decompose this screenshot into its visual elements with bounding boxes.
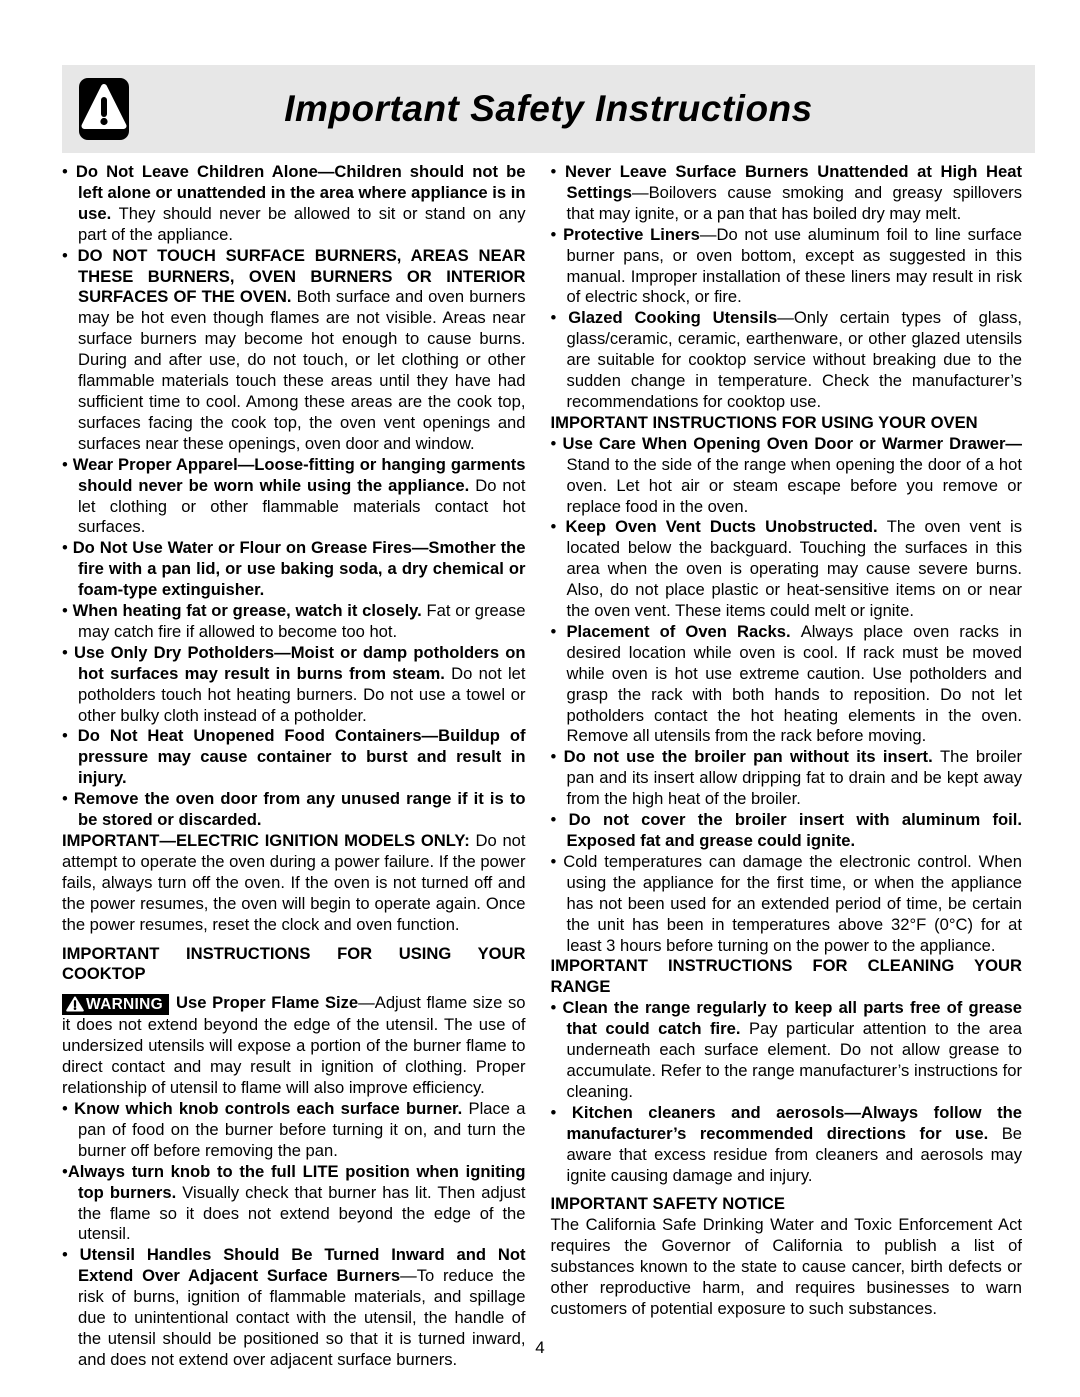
bullet-item: • Remove the oven door from any unused r… <box>62 789 526 831</box>
section-heading: IMPORTANT INSTRUCTIONS FOR USING YOUR OV… <box>551 413 1022 434</box>
bullet-marker: • <box>62 789 74 808</box>
text-run: When heating fat or grease, watch it clo… <box>73 601 427 620</box>
bullet-item: • DO NOT TOUCH SURFACE BURNERS, AREAS NE… <box>62 246 526 455</box>
left-column: • Do Not Leave Children Alone—Children s… <box>62 162 526 1371</box>
bullet-item: • Keep Oven Vent Ducts Unobstructed. The… <box>551 517 1022 622</box>
right-column: • Never Leave Surface Burners Unattended… <box>551 162 1022 1371</box>
bullet-marker: • <box>62 162 76 181</box>
bullet-marker: • <box>62 455 73 474</box>
bullet-item: • Protective Liners—Do not use aluminum … <box>551 225 1022 309</box>
warning-triangle-icon <box>66 996 84 1012</box>
bullet-marker: • <box>551 308 569 327</box>
paragraph: The California Safe Drinking Water and T… <box>551 1215 1022 1320</box>
text-run: Wear Proper Apparel—Loose-fitting or han… <box>73 455 526 495</box>
section-heading: IMPORTANT INSTRUCTIONS FOR CLEANING YOUR… <box>551 956 1022 998</box>
bullet-marker: • <box>551 852 564 871</box>
bullet-item: • Do Not Leave Children Alone—Children s… <box>62 162 526 246</box>
text-run: Do Not Heat Unopened Food Containers—Bui… <box>78 726 526 787</box>
manual-page: Important Safety Instructions • Do Not L… <box>0 0 1080 1397</box>
bullet-item: • Do Not Use Water or Flour on Grease Fi… <box>62 538 526 601</box>
page-number: 4 <box>0 1338 1080 1358</box>
bullet-item: • Know which knob controls each surface … <box>62 1099 526 1162</box>
text-run: Keep Oven Vent Ducts Unobstructed. <box>565 517 886 536</box>
bullet-item: • Wear Proper Apparel—Loose-fitting or h… <box>62 455 526 539</box>
bullet-item: •Always turn knob to the full LITE posit… <box>62 1162 526 1246</box>
warning-paragraph: WARNINGUse Proper Flame Size—Adjust flam… <box>62 993 526 1099</box>
text-run: —Boilovers cause smoking and greasy spil… <box>567 183 1022 223</box>
bullet-marker: • <box>62 246 78 265</box>
text-run: IMPORTANT INSTRUCTIONS FOR CLEANING YOUR… <box>551 956 1022 996</box>
bullet-marker: • <box>551 225 564 244</box>
bullet-marker: • <box>551 747 564 766</box>
bullet-item: • Do Not Heat Unopened Food Containers—B… <box>62 726 526 789</box>
bullet-marker: • <box>551 622 567 641</box>
bullet-item: • Do not cover the broiler insert with a… <box>551 810 1022 852</box>
text-run: Use Proper Flame Size <box>176 993 358 1012</box>
text-run: IMPORTANT SAFETY NOTICE <box>551 1194 785 1213</box>
bullet-marker: • <box>62 643 74 662</box>
bullet-item: • Placement of Oven Racks. Always place … <box>551 622 1022 747</box>
bullet-item: • Kitchen cleaners and aerosols—Always f… <box>551 1103 1022 1187</box>
text-run: IMPORTANT INSTRUCTIONS FOR USING YOUR OV… <box>551 413 978 432</box>
text-run: The California Safe Drinking Water and T… <box>551 1215 1022 1318</box>
text-run: Placement of Oven Racks. <box>566 622 800 641</box>
bullet-marker: • <box>62 1099 74 1118</box>
bullet-marker: • <box>551 810 569 829</box>
bullet-item: • Cold temperatures can damage the elect… <box>551 852 1022 957</box>
text-run: Cold temperatures can damage the electro… <box>563 852 1022 955</box>
text-run: Use Care When Opening Oven Door or Warme… <box>562 434 1022 453</box>
text-run: Both surface and oven burners may be hot… <box>78 287 526 452</box>
paragraph: IMPORTANT—ELECTRIC IGNITION MODELS ONLY:… <box>62 831 526 936</box>
title-banner: Important Safety Instructions <box>62 65 1035 153</box>
bullet-marker: • <box>551 1103 572 1122</box>
text-run: Stand to the side of the range when open… <box>567 455 1022 516</box>
warning-badge: WARNING <box>62 994 169 1015</box>
bullet-item: • Clean the range regularly to keep all … <box>551 998 1022 1103</box>
text-run: Do not cover the broiler insert with alu… <box>567 810 1023 850</box>
bullet-marker: • <box>62 726 78 745</box>
bullet-marker: • <box>551 162 565 181</box>
bullet-item: • Use Care When Opening Oven Door or War… <box>551 434 1022 518</box>
text-run: They should never be allowed to sit or s… <box>78 204 526 244</box>
bullet-item: • Never Leave Surface Burners Unattended… <box>551 162 1022 225</box>
page-title: Important Safety Instructions <box>62 65 1035 153</box>
section-heading: IMPORTANT INSTRUCTIONS FOR USING YOUR CO… <box>62 944 526 986</box>
bullet-marker: • <box>551 998 563 1017</box>
text-run: IMPORTANT—ELECTRIC IGNITION MODELS ONLY: <box>62 831 476 850</box>
text-run: Glazed Cooking Utensils <box>568 308 777 327</box>
text-run: Do Not Use Water or Flour on Grease Fire… <box>73 538 526 599</box>
bullet-item: • When heating fat or grease, watch it c… <box>62 601 526 643</box>
bullet-marker: • <box>62 601 73 620</box>
bullet-item: • Glazed Cooking Utensils—Only certain t… <box>551 308 1022 413</box>
bullet-marker: • <box>62 538 73 557</box>
bullet-item: • Do not use the broiler pan without its… <box>551 747 1022 810</box>
text-columns: • Do Not Leave Children Alone—Children s… <box>62 162 1022 1371</box>
bullet-marker: • <box>551 517 566 536</box>
section-heading: IMPORTANT SAFETY NOTICE <box>551 1194 1022 1215</box>
bullet-item: • Use Only Dry Potholders—Moist or damp … <box>62 643 526 727</box>
text-run: Protective Liners <box>563 225 700 244</box>
text-run: Kitchen cleaners and aerosols—Always fol… <box>567 1103 1023 1143</box>
text-run: IMPORTANT INSTRUCTIONS FOR USING YOUR CO… <box>62 944 526 984</box>
text-run: Do not use the broiler pan without its i… <box>564 747 940 766</box>
bullet-marker: • <box>62 1245 80 1264</box>
text-run: Know which knob controls each surface bu… <box>74 1099 468 1118</box>
bullet-marker: • <box>551 434 563 453</box>
warning-badge-label: WARNING <box>86 997 163 1013</box>
text-run: Remove the oven door from any unused ran… <box>74 789 526 829</box>
